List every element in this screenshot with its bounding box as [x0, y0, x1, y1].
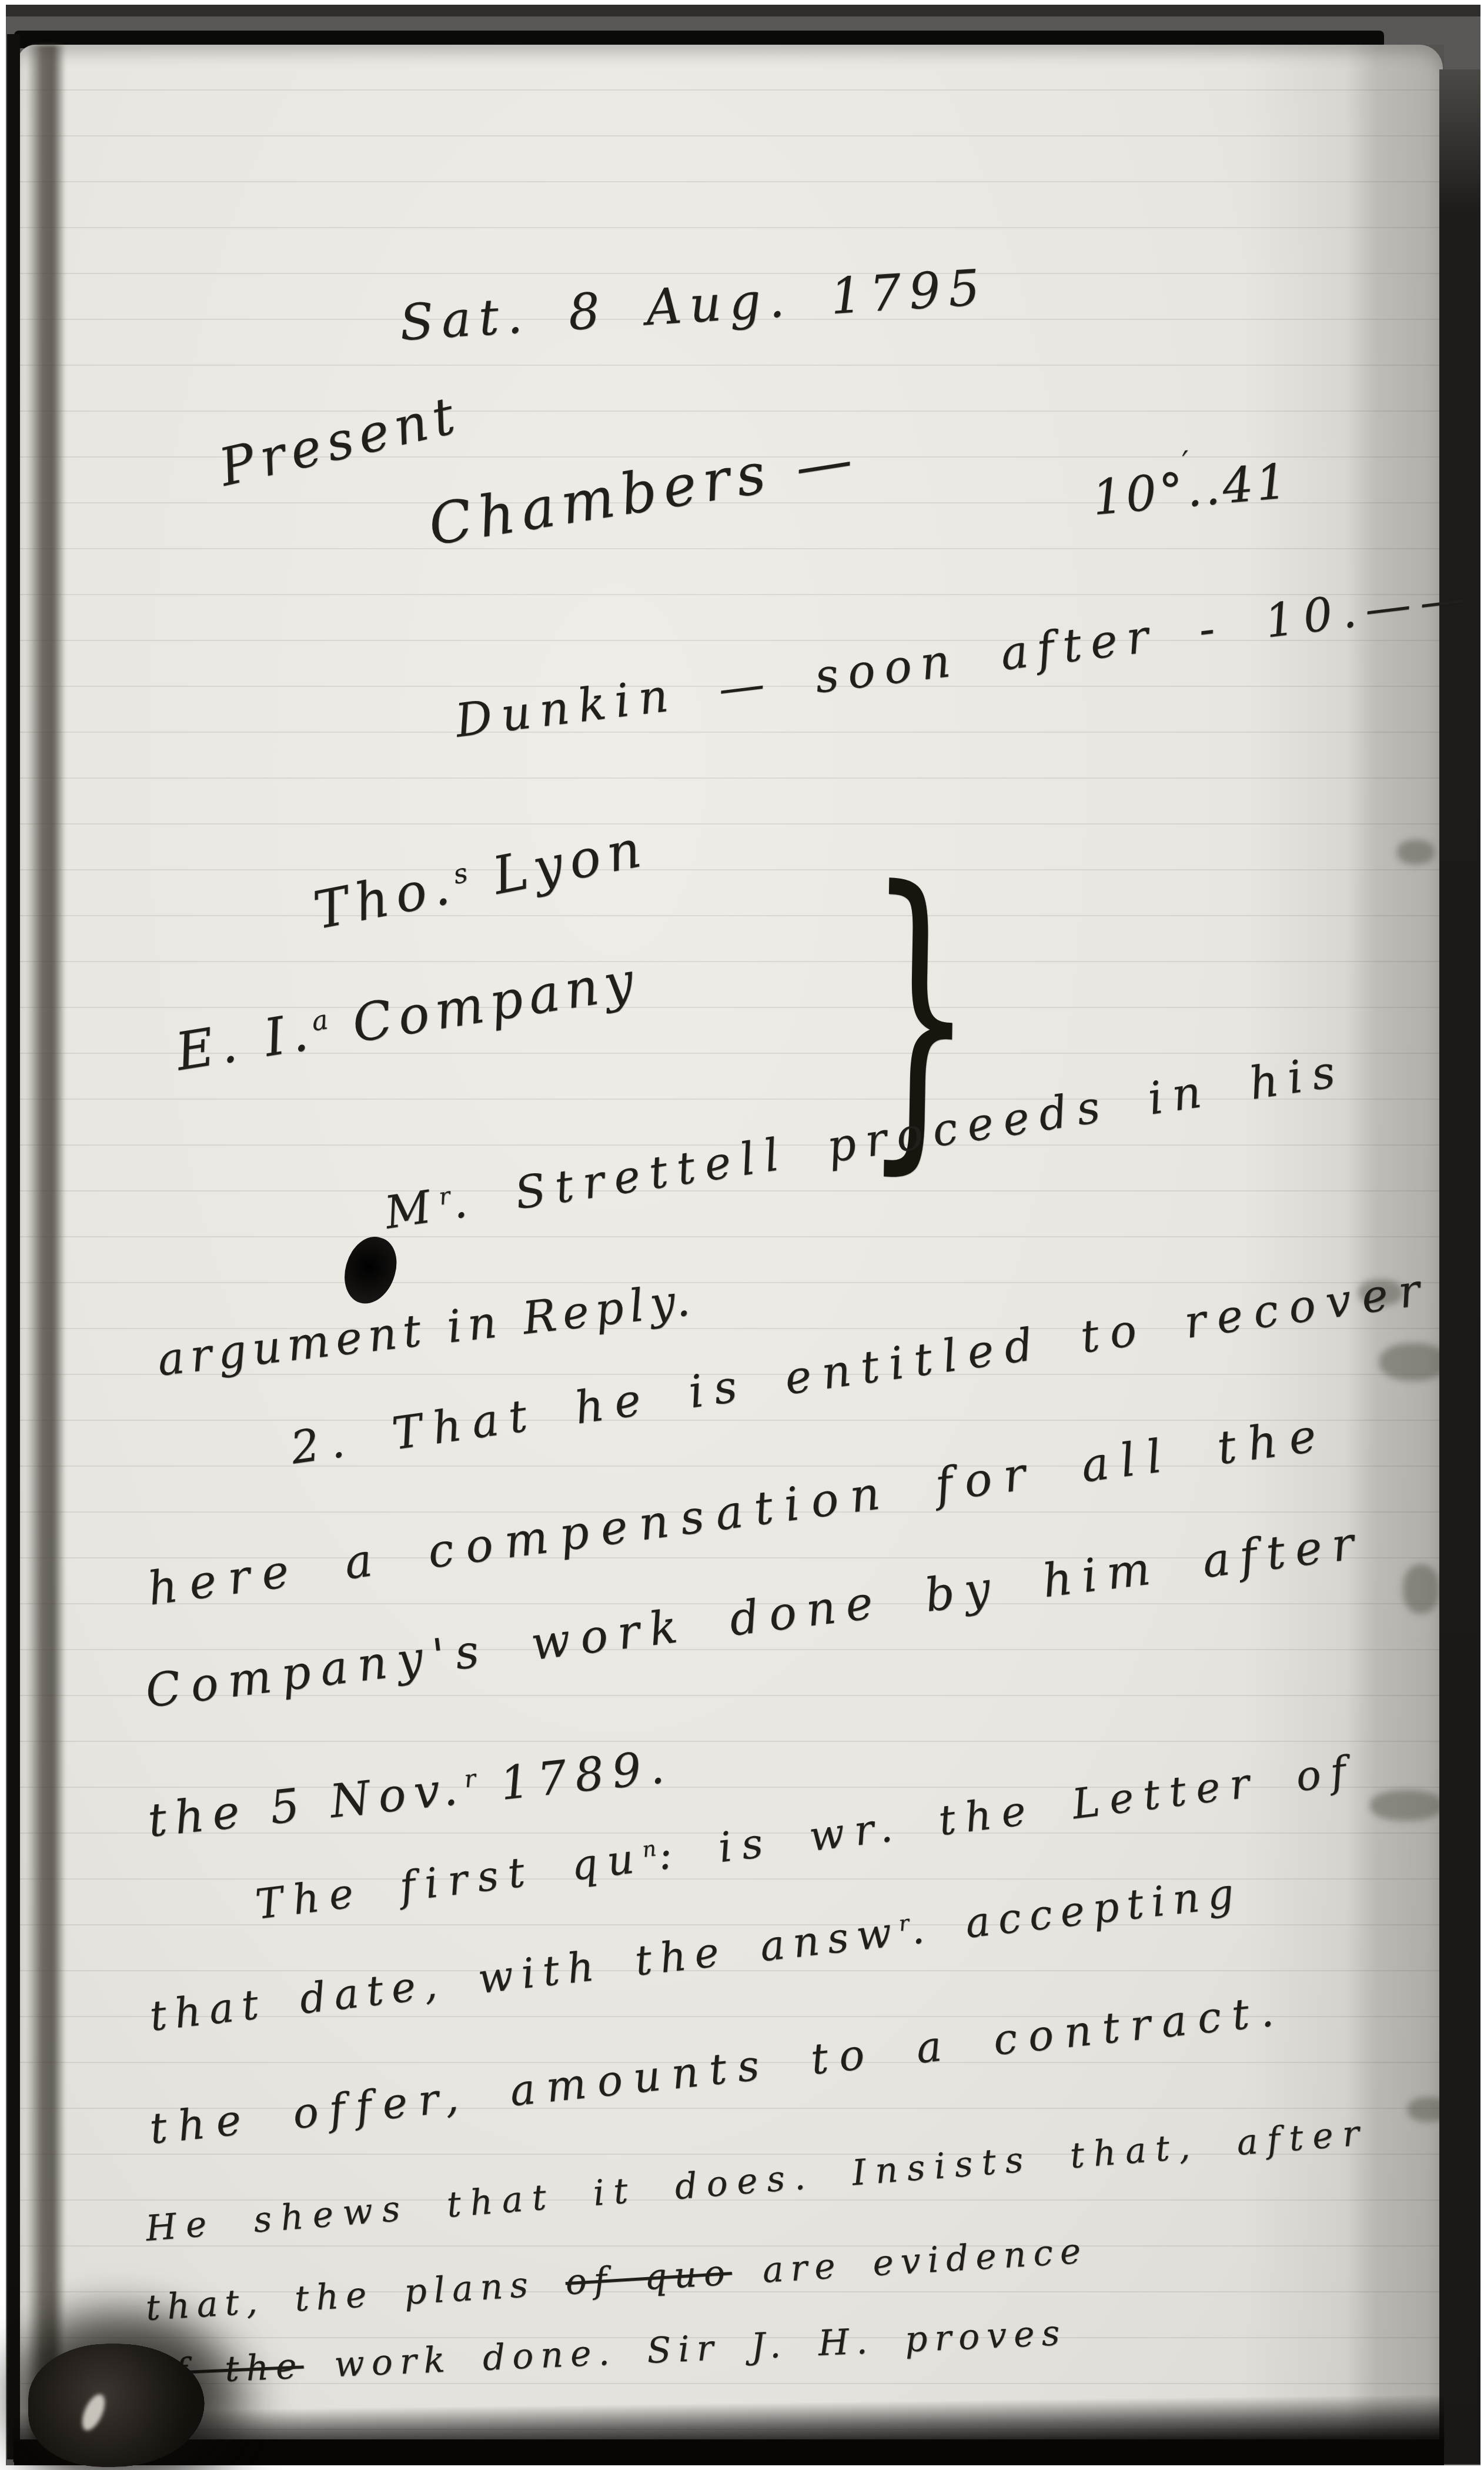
page-edge-strip [1346, 45, 1444, 2463]
thumb-highlight [78, 2391, 109, 2434]
manuscript-photo: Sat. 8 Aug. 1795 Present Chambers — 10°.… [0, 0, 1484, 2470]
bleedthrough-smudge [1397, 840, 1435, 864]
line1-base: M [381, 1179, 444, 1239]
book-edge-strip [1439, 69, 1480, 2464]
bleedthrough-smudge [1370, 1790, 1443, 1821]
bleedthrough-smudge [1403, 1564, 1439, 1614]
bleedthrough-smudge [1379, 1343, 1448, 1381]
bottom-dark-band [14, 2439, 1444, 2465]
gutter-shadow [27, 45, 65, 2463]
backdrop-top-edge [6, 5, 1480, 16]
book-spine-line [7, 34, 20, 2459]
